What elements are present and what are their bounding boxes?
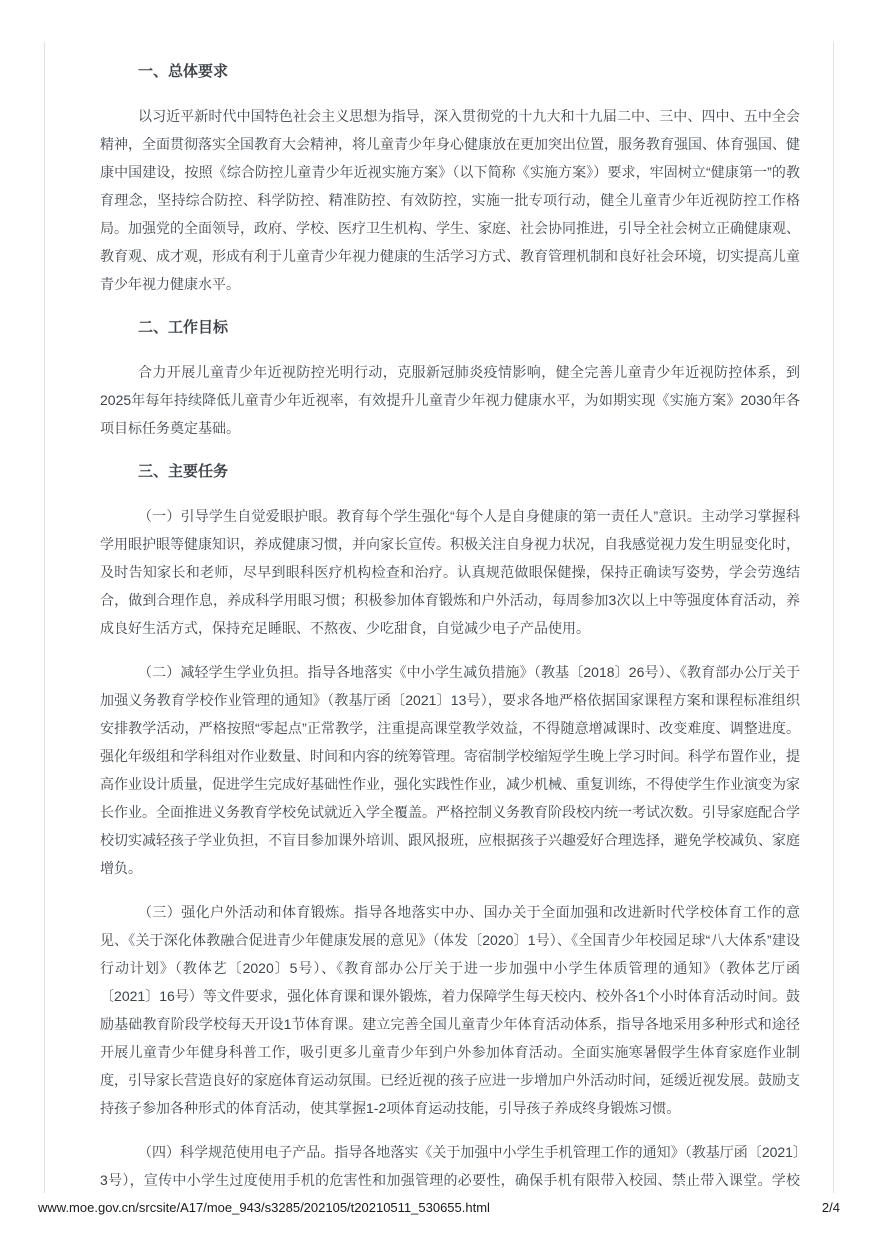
paragraph: （四）科学规范使用电子产品。指导各地落实《关于加强中小学生手机管理工作的通知》（… bbox=[100, 1138, 800, 1193]
section-heading-main-tasks: 三、主要任务 bbox=[100, 458, 800, 486]
paragraph: （三）强化户外活动和体育锻炼。指导各地落实中办、国办关于全面加强和改进新时代学校… bbox=[100, 898, 800, 1122]
paragraph: （二）减轻学生学业负担。指导各地落实《中小学生减负措施》（教基〔2018〕26号… bbox=[100, 658, 800, 882]
section-heading-overall-requirements: 一、总体要求 bbox=[100, 58, 800, 86]
print-footer: www.moe.gov.cn/srcsite/A17/moe_943/s3285… bbox=[38, 1200, 840, 1216]
paragraph: （一）引导学生自觉爱眼护眼。教育每个学生强化“每个人是自身健康的第一责任人”意识… bbox=[100, 502, 800, 642]
paragraph: 合力开展儿童青少年近视防控光明行动，克服新冠肺炎疫情影响，健全完善儿童青少年近视… bbox=[100, 358, 800, 442]
footer-url: www.moe.gov.cn/srcsite/A17/moe_943/s3285… bbox=[38, 1200, 490, 1216]
footer-page-number: 2/4 bbox=[822, 1200, 840, 1216]
print-page: { "article": { "sections": [ { "heading"… bbox=[0, 0, 876, 1239]
article-content: 一、总体要求 以习近平新时代中国特色社会主义思想为指导，深入贯彻党的十九大和十九… bbox=[45, 42, 833, 1193]
article-container: 一、总体要求 以习近平新时代中国特色社会主义思想为指导，深入贯彻党的十九大和十九… bbox=[44, 42, 834, 1193]
paragraph: 以习近平新时代中国特色社会主义思想为指导，深入贯彻党的十九大和十九届二中、三中、… bbox=[100, 102, 800, 298]
section-heading-work-goals: 二、工作目标 bbox=[100, 314, 800, 342]
